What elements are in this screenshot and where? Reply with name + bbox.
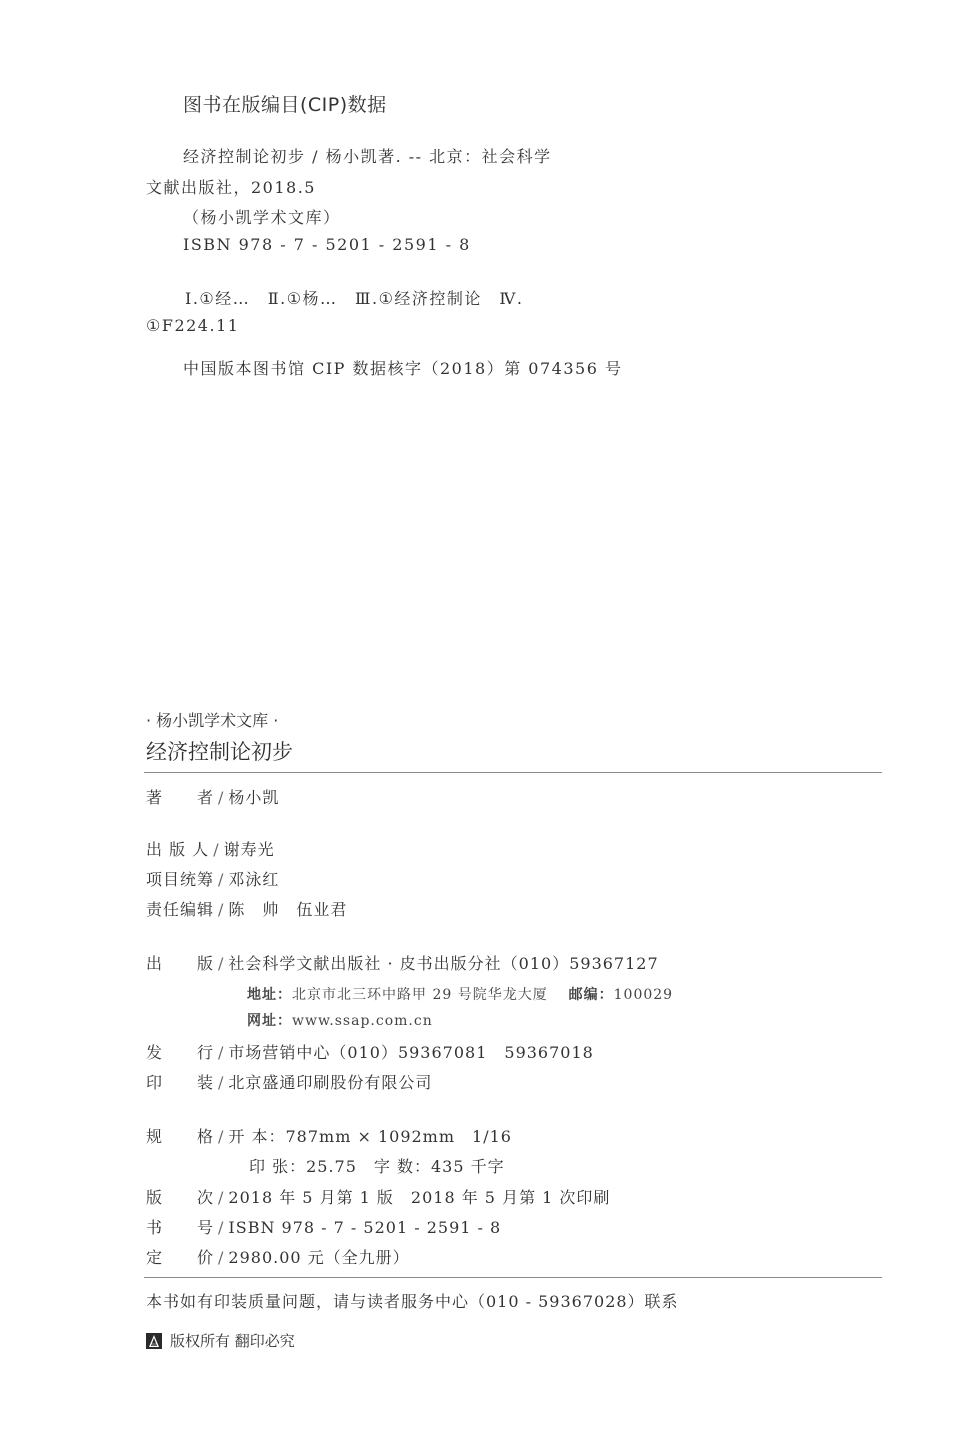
separator: / (218, 1248, 224, 1267)
series-name: · 杨小凯学术文库 · (146, 708, 278, 731)
rights-text: 版权所有 翻印必究 (170, 1330, 295, 1351)
publisher-person-label: 出 版 人 (146, 837, 209, 860)
address-value: 北京市北三环中路甲 29 号院华龙大厦 (292, 987, 548, 1003)
author-value: 杨小凯 (228, 788, 279, 807)
separator: / (218, 1073, 224, 1092)
project-lead-value: 邓泳红 (228, 870, 279, 889)
separator: / (218, 954, 224, 973)
publisher-person-row: 出 版 人/谢寿光 (146, 837, 275, 860)
distribution-label: 发 行 (146, 1040, 214, 1063)
cip-series-line: （杨小凯学术文库） (183, 205, 341, 228)
website-label: 网址： (247, 1013, 292, 1029)
cip-classification-line: Ⅰ.①经… Ⅱ.①杨… Ⅲ.①经济控制论 Ⅳ. (185, 286, 524, 309)
separator: / (218, 1043, 224, 1062)
printing-label: 印 装 (146, 1070, 214, 1093)
distribution-value: 市场营销中心（010）59367081 59367018 (228, 1043, 593, 1062)
separator: / (213, 840, 219, 859)
price-label: 定 价 (146, 1245, 214, 1268)
printing-row: 印 装/北京盛通印刷股份有限公司 (146, 1070, 432, 1093)
separator: / (218, 788, 224, 807)
cip-record-number: 中国版本图书馆 CIP 数据核字（2018）第 074356 号 (183, 356, 622, 379)
address-label: 地址： (247, 987, 292, 1003)
isbn-row: 书 号/ISBN 978 - 7 - 5201 - 2591 - 8 (146, 1215, 501, 1238)
publisher-row: 出 版/社会科学文献出版社 · 皮书出版分社（010）59367127 (146, 951, 659, 974)
publisher-value: 社会科学文献出版社 · 皮书出版分社（010）59367127 (228, 954, 658, 973)
edition-label: 版 次 (146, 1185, 214, 1208)
cip-isbn-line: ISBN 978 - 7 - 5201 - 2591 - 8 (183, 235, 471, 254)
editors-value: 陈 帅 伍业君 (228, 900, 347, 919)
edition-value: 2018 年 5 月第 1 版 2018 年 5 月第 1 次印刷 (228, 1188, 610, 1207)
price-value: 2980.00 元（全九册） (228, 1248, 409, 1267)
address-row: 地址：北京市北三环中路甲 29 号院华龙大厦 邮编：100029 (247, 984, 673, 1004)
separator: / (218, 1188, 224, 1207)
top-divider (144, 772, 882, 773)
separator: / (218, 1218, 224, 1237)
project-lead-label: 项目统筹 (146, 867, 214, 890)
spec-sheets-row: 印 张：25.75 字 数：435 千字 (249, 1154, 505, 1177)
publisher-person-value: 谢寿光 (224, 840, 275, 859)
ssap-logo-icon (146, 1333, 162, 1349)
editors-label: 责任编辑 (146, 897, 214, 920)
book-title: 经济控制论初步 (146, 736, 293, 766)
price-row: 定 价/2980.00 元（全九册） (146, 1245, 410, 1268)
publisher-label: 出 版 (146, 951, 214, 974)
spec-row: 规 格/开 本：787mm × 1092mm 1/16 (146, 1124, 512, 1147)
postcode-value: 100029 (614, 987, 673, 1003)
separator: / (218, 870, 224, 889)
rights-line: 版权所有 翻印必究 (146, 1330, 295, 1351)
isbn-label: 书 号 (146, 1215, 214, 1238)
website-row: 网址：www.ssap.com.cn (247, 1010, 433, 1030)
edition-row: 版 次/2018 年 5 月第 1 版 2018 年 5 月第 1 次印刷 (146, 1185, 610, 1208)
printing-value: 北京盛通印刷股份有限公司 (228, 1073, 432, 1092)
spec-label: 规 格 (146, 1124, 214, 1147)
separator: / (218, 900, 224, 919)
cip-title-line: 经济控制论初步 / 杨小凯著. -- 北京：社会科学 (183, 144, 552, 167)
distribution-row: 发 行/市场营销中心（010）59367081 59367018 (146, 1040, 594, 1063)
separator: / (218, 1127, 224, 1146)
postcode-label: 邮编： (569, 987, 614, 1003)
cip-class-number: ①F224.11 (146, 316, 239, 335)
bottom-divider (144, 1277, 882, 1278)
website-link[interactable]: www.ssap.com.cn (292, 1013, 433, 1029)
project-lead-row: 项目统筹/邓泳红 (146, 867, 279, 890)
spec-sheets-value: 印 张：25.75 字 数：435 千字 (249, 1157, 505, 1176)
cip-publisher-line: 文献出版社，2018.5 (146, 175, 316, 198)
cip-heading: 图书在版编目(CIP)数据 (183, 90, 387, 117)
editors-row: 责任编辑/陈 帅 伍业君 (146, 897, 347, 920)
spec-value: 开 本：787mm × 1092mm 1/16 (228, 1127, 512, 1146)
author-label: 著 者 (146, 785, 214, 808)
isbn-value: ISBN 978 - 7 - 5201 - 2591 - 8 (228, 1218, 501, 1237)
author-row: 著 者/杨小凯 (146, 785, 279, 808)
quality-notice: 本书如有印装质量问题，请与读者服务中心（010 - 59367028）联系 (146, 1289, 679, 1312)
